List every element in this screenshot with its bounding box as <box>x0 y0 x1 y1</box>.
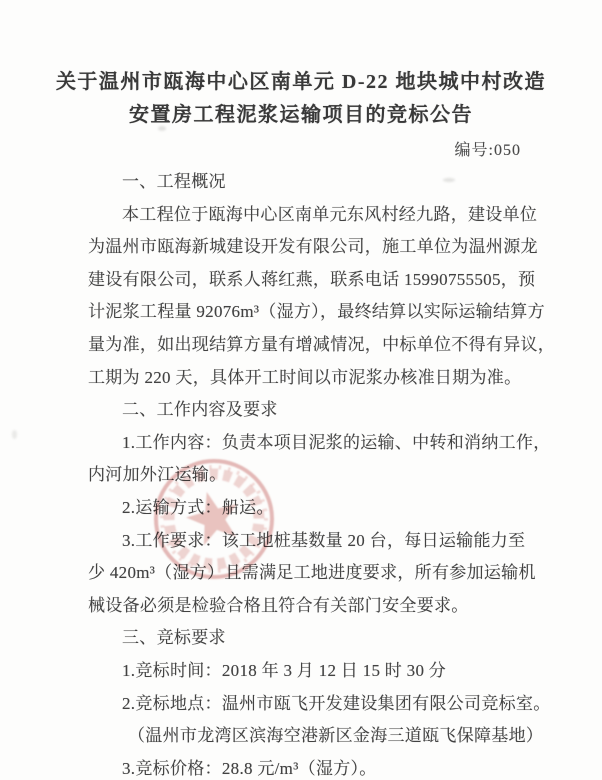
doc-line: 少 420m³（湿方）且需满足工地进度要求，所有参加运输机 <box>88 557 526 590</box>
section-heading-3: 三、竞标要求 <box>88 622 526 655</box>
doc-line: 3.竞标价格：28.8 元/m³（湿方）。 <box>88 753 526 780</box>
doc-line: 内河加外江运输。 <box>88 459 526 492</box>
document-page: 关于温州市瓯海中心区南单元 D-22 地块城中村改造 安置房工程泥浆运输项目的竞… <box>0 0 602 780</box>
doc-line: 1.工作内容：负责本项目泥浆的运输、中转和消纳工作， <box>88 427 526 460</box>
doc-line: 工期为 220 天，具体开工时间以市泥浆办核准日期为准。 <box>88 362 526 395</box>
title-line-1: 关于温州市瓯海中心区南单元 D-22 地块城中村改造 <box>0 66 602 99</box>
document-number: 编号:050 <box>455 137 521 160</box>
doc-line: 3.工作要求：该工地桩基数量 20 台，每日运输能力至 <box>88 525 526 558</box>
doc-line: 建设有限公司，联系人蒋红燕，联系电话 15990755505，预 <box>88 264 526 297</box>
doc-line: 本工程位于瓯海中心区南单元东风村经九路，建设单位 <box>88 199 526 232</box>
section-heading-1: 一、工程概况 <box>88 166 526 199</box>
scan-smudge <box>158 126 166 131</box>
doc-line: 2.运输方式：船运。 <box>88 492 526 525</box>
scan-smudge <box>12 430 17 439</box>
title-line-2: 安置房工程泥浆运输项目的竞标公告 <box>0 99 602 132</box>
doc-line: 2.竞标地点：温州市瓯飞开发建设集团有限公司竞标室。 <box>88 688 526 721</box>
doc-line: 量为准，如出现结算方量有增减情况，中标单位不得有异议， <box>88 329 526 362</box>
section-heading-2: 二、工作内容及要求 <box>88 394 526 427</box>
document-title: 关于温州市瓯海中心区南单元 D-22 地块城中村改造 安置房工程泥浆运输项目的竞… <box>0 66 602 132</box>
doc-line: 械设备必须是检验合格且符合有关部门安全要求。 <box>88 590 526 623</box>
doc-line: （温州市龙湾区滨海空港新区金海三道瓯飞保障基地） <box>88 720 526 753</box>
scan-smudge <box>443 178 455 182</box>
document-body: 一、工程概况 本工程位于瓯海中心区南单元东风村经九路，建设单位 为温州市瓯海新城… <box>88 166 526 780</box>
doc-line: 为温州市瓯海新城建设开发有限公司，施工单位为温州源龙 <box>88 231 526 264</box>
doc-line: 计泥浆工程量 92076m³（湿方），最终结算以实际运输结算方 <box>88 296 526 329</box>
doc-line: 1.竞标时间：2018 年 3 月 12 日 15 时 30 分 <box>88 655 526 688</box>
